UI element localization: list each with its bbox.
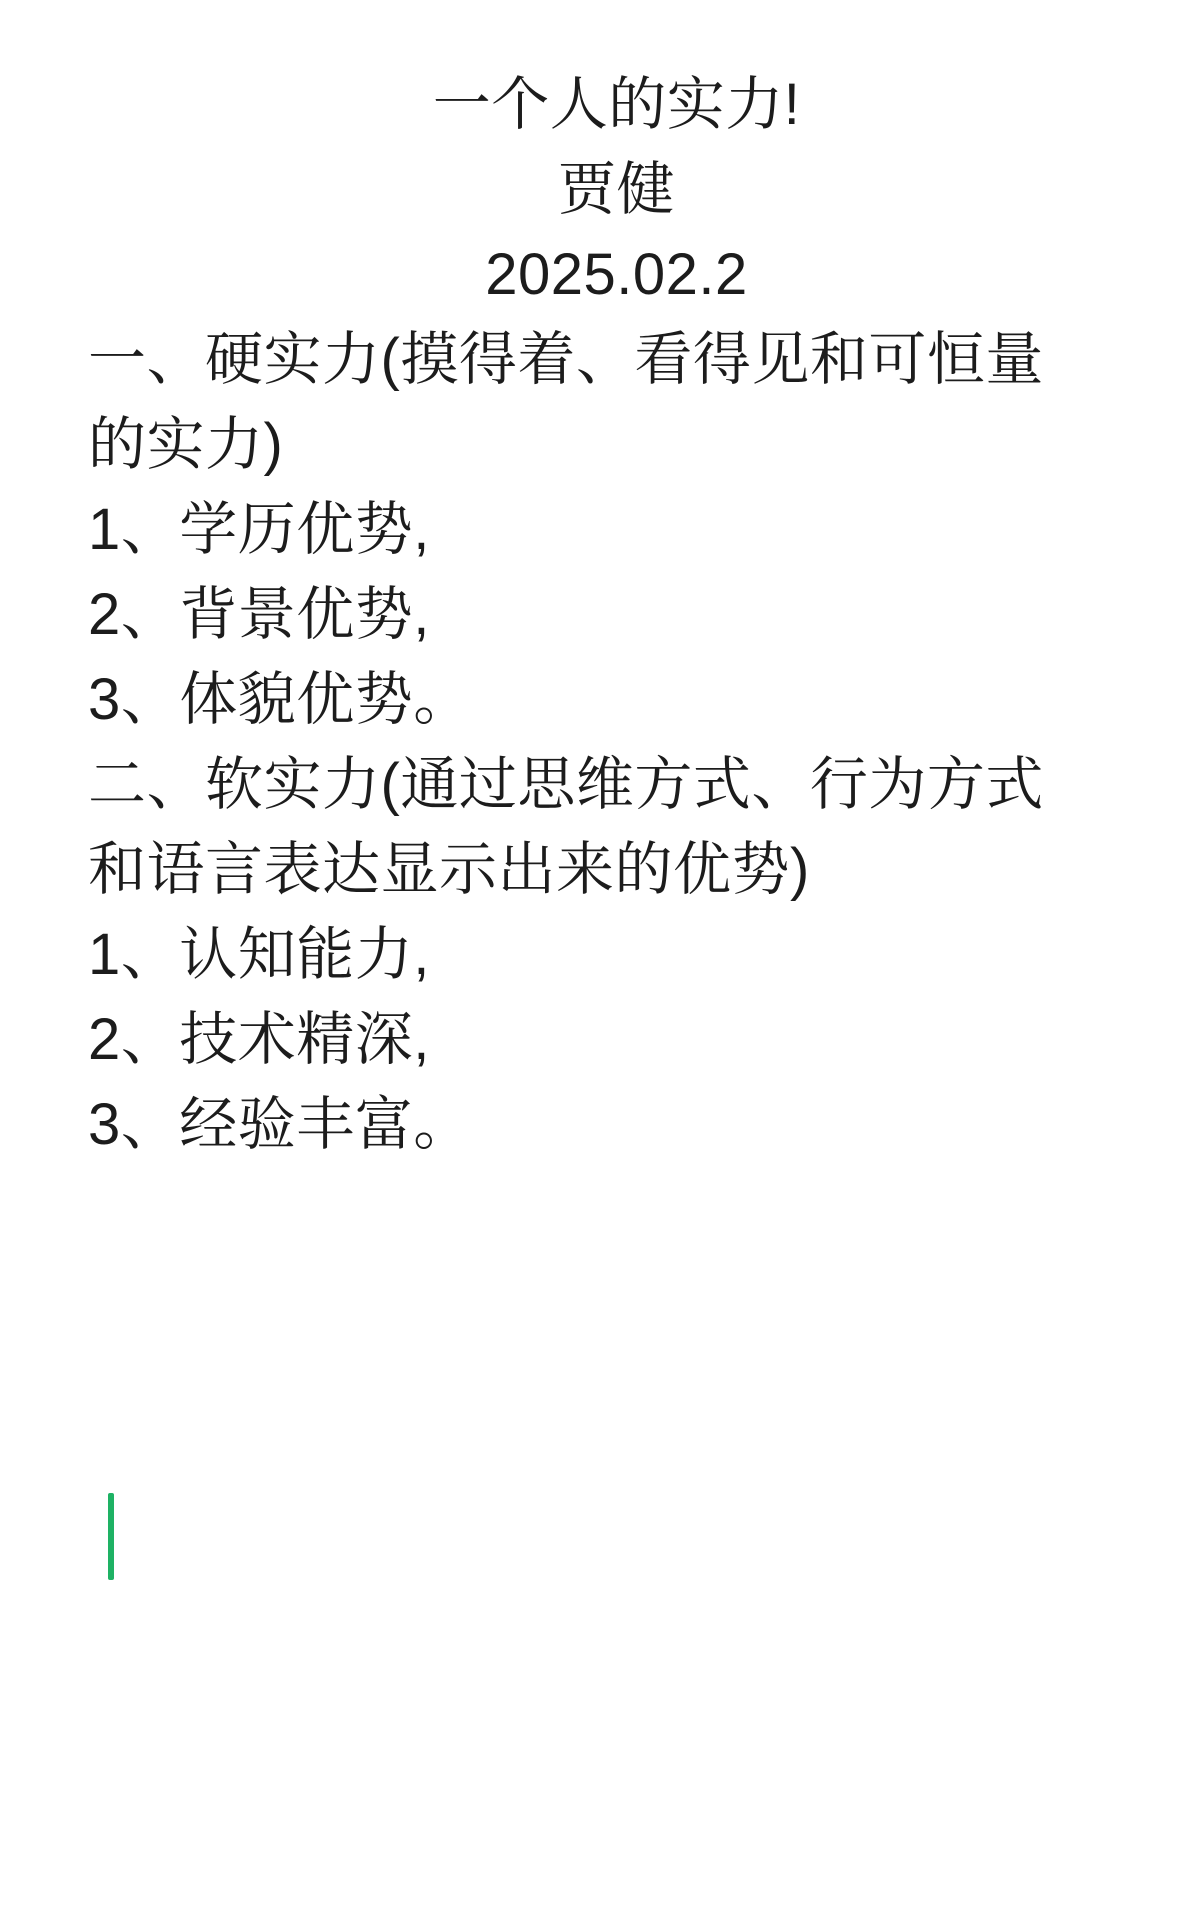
text-line: 一个人的实力! [88, 62, 1145, 147]
note-editor[interactable]: 一个人的实力!贾健2025.02.2一、硬实力(摸得着、看得见和可恒量的实力)1… [0, 0, 1195, 1920]
text-line: 二、软实力(通过思维方式、行为方式 [88, 742, 1145, 827]
text-line: 3、经验丰富。 [88, 1082, 1145, 1167]
text-cursor [108, 1493, 114, 1580]
text-line: 的实力) [88, 402, 1145, 487]
text-line: 2、技术精深, [88, 997, 1145, 1082]
text-line: 贾健 [88, 147, 1145, 232]
text-line: 一、硬实力(摸得着、看得见和可恒量 [88, 317, 1145, 402]
text-line: 2025.02.2 [88, 232, 1145, 317]
text-line: 和语言表达显示出来的优势) [88, 827, 1145, 912]
text-line: 3、体貌优势。 [88, 657, 1145, 742]
text-line: 1、认知能力, [88, 912, 1145, 997]
text-line: 2、背景优势, [88, 572, 1145, 657]
text-line: 1、学历优势, [88, 487, 1145, 572]
